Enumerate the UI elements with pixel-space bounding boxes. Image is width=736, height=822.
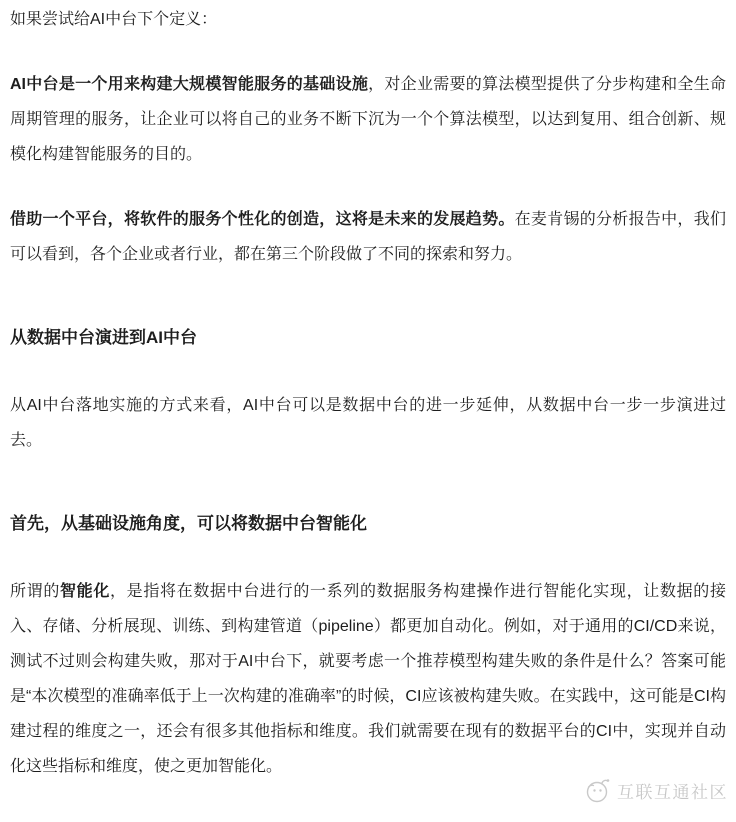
platform-trend-paragraph: 借助一个平台，将软件的服务个性化的创造，这将是未来的发展趋势。在麦肯锡的分析报告… bbox=[10, 202, 726, 272]
mascot-bird-logo-icon bbox=[584, 776, 612, 804]
article-body: 如果尝试给AI中台下个定义： AI中台是一个用来构建大规模智能服务的基础设施，对… bbox=[0, 0, 736, 784]
paragraph-run-bold: 智能化 bbox=[60, 583, 110, 600]
watermark-label: 互联互通社区 bbox=[617, 778, 728, 803]
paragraph-run: 从AI中台落地实施的方式来看，AI中台可以是数据中台的进一步延伸，从数据中台一步… bbox=[10, 397, 726, 449]
watermark: 互联互通社区 bbox=[584, 776, 728, 804]
intelligentization-paragraph: 所谓的智能化，是指将在数据中台进行的一系列的数据服务构建操作进行智能化实现，让数… bbox=[10, 574, 726, 784]
paragraph-run-bold: AI中台是一个用来构建大规模智能服务的基础设施 bbox=[10, 76, 368, 93]
definition-paragraph: AI中台是一个用来构建大规模智能服务的基础设施，对企业需要的算法模型提供了分步构… bbox=[10, 67, 726, 172]
heading-text: 首先，从基础设施角度，可以将数据中台智能化 bbox=[10, 514, 367, 533]
paragraph-run: 所谓的 bbox=[10, 583, 60, 600]
paragraph-run-bold: 借助一个平台，将软件的服务个性化的创造，这将是未来的发展趋势。 bbox=[10, 211, 515, 228]
heading-text: 从数据中台演进到AI中台 bbox=[10, 328, 197, 347]
intro-paragraph: 如果尝试给AI中台下个定义： bbox=[10, 2, 726, 37]
paragraph-run: 如果尝试给AI中台下个定义： bbox=[10, 11, 217, 28]
evolution-paragraph: 从AI中台落地实施的方式来看，AI中台可以是数据中台的进一步延伸，从数据中台一步… bbox=[10, 388, 726, 458]
section-heading-data-to-ai: 从数据中台演进到AI中台 bbox=[10, 320, 726, 355]
section-heading-infrastructure: 首先，从基础设施角度，可以将数据中台智能化 bbox=[10, 506, 726, 541]
paragraph-run: ，是指将在数据中台进行的一系列的数据服务构建操作进行智能化实现，让数据的接入、存… bbox=[10, 583, 726, 775]
